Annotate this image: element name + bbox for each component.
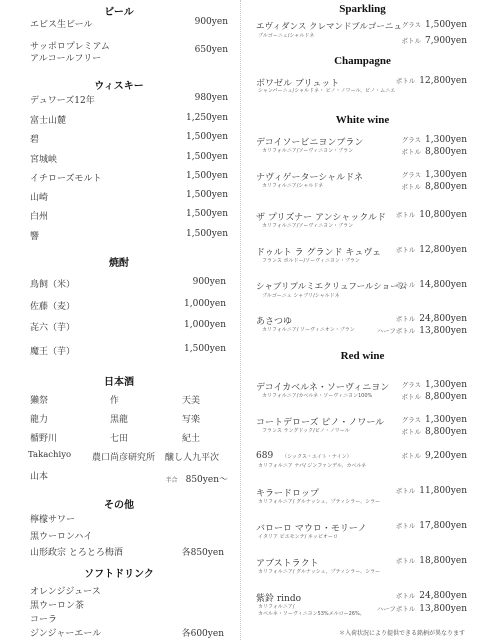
menu-item-name: コーラ — [30, 612, 57, 625]
menu-item-name: 白州 — [30, 209, 48, 222]
menu-item-price: 1,500yen — [186, 152, 228, 162]
section-title-red-wine: Red wine — [244, 350, 481, 362]
wine-origin: イタリア ピエモンテ/ ネッビオーロ — [258, 533, 338, 540]
menu-item-name: エビス生ビール — [30, 17, 92, 30]
menu-item-name: 響 — [30, 229, 39, 242]
wine-origin: ブルゴーニュ/シャルドネ — [258, 32, 314, 39]
section-title-champagne: Champagne — [244, 55, 481, 67]
wine-price-glass: グラス1,300yen — [402, 380, 467, 390]
section-title-whisky: ウィスキー — [0, 77, 238, 92]
wine-price-bottle: ボトル10,800yen — [396, 210, 467, 220]
column-divider — [240, 0, 241, 640]
menu-item-price: 1,500yen — [184, 344, 226, 354]
menu-item-name: 黒ウーロンハイ — [30, 529, 92, 542]
wine-grapes: カベルネ・ソーヴィニヨン53%メルロー26%、 — [258, 610, 365, 617]
wine-price-half-bottle: ハーフボトル13,800yen — [377, 604, 467, 614]
menu-item-name: 富士山麓 — [30, 113, 66, 126]
menu-item-price: 900yen — [195, 17, 228, 27]
menu-item-name: 碧 — [30, 132, 39, 145]
menu-item-price: 1,000yen — [184, 299, 226, 309]
menu-item-name: ジンジャーエール — [30, 626, 101, 639]
wine-origin: ブルゴーニュ シャブリ/シャルドネ — [262, 292, 340, 299]
section-title-white-wine: White wine — [244, 114, 481, 126]
sake-price-value: 850yen〜 — [186, 475, 228, 485]
wine-price-bottle: ボトル18,800yen — [396, 556, 467, 566]
sake-item: 農口尚彦研究所 — [92, 450, 155, 463]
sake-item: 写楽 — [182, 412, 200, 425]
wine-origin: カリフォルニア/ — [258, 603, 294, 610]
sake-item: Takachiyo — [28, 450, 71, 460]
sake-item: 天美 — [182, 393, 200, 406]
sake-item: 紀土 — [182, 431, 200, 444]
wine-price-bottle: ボトル11,800yen — [396, 486, 467, 496]
sake-item: 醸し人九平次 — [165, 450, 219, 463]
wine-price-bottle: ボトル8,800yen — [402, 182, 467, 192]
menu-item-name: 宮城峡 — [30, 152, 57, 165]
menu-item-price: 650yen — [195, 45, 228, 55]
menu-item-price: 1,000yen — [184, 320, 226, 330]
wine-price-bottle: ボトル9,200yen — [402, 451, 467, 461]
menu-item-name: 佐藤（麦） — [30, 299, 75, 312]
menu-item-name: デュワーズ12年 — [30, 93, 95, 106]
sake-item: 作 — [110, 393, 119, 406]
wine-origin: カリフォルニア/ ソーヴィニオン・ブラン — [262, 326, 355, 333]
wine-price-bottle: ボトル17,800yen — [396, 521, 467, 531]
wine-price-glass: グラス1,300yen — [402, 170, 467, 180]
menu-item-price: 1,500yen — [186, 190, 228, 200]
menu-item-price: 1,250yen — [186, 113, 228, 123]
sake-item: 獺祭 — [30, 393, 48, 406]
wine-price-bottle: ボトル8,800yen — [402, 392, 467, 402]
wine-price-glass: グラス1,300yen — [402, 415, 467, 425]
section-title-soft-drinks: ソフトドリンク — [0, 565, 238, 580]
sake-price: 半合 850yen〜 — [166, 467, 229, 486]
menu-item-name: オレンジジュース — [30, 584, 101, 597]
section-title-sparkling: Sparkling — [244, 3, 481, 15]
wine-price-bottle: ボトル14,800yen — [396, 280, 467, 290]
wine-origin: フランス ボルドー/ソーヴィニヨン・ブラン — [262, 257, 360, 264]
menu-item-name: イチローズモルト — [30, 171, 102, 184]
menu-item-name: 山崎 — [30, 190, 48, 203]
sake-item: 山本 — [30, 469, 48, 482]
section-title-sake: 日本酒 — [0, 373, 238, 388]
wine-origin: カリフォルニア/カベルネ・ソーヴィニヨン100% — [262, 392, 372, 399]
wine-origin: カリフォルニア/ グルナッシュ、プティシラー、シラー — [258, 498, 380, 505]
sake-item: 黒龍 — [110, 412, 128, 425]
menu-item-price: 980yen — [195, 93, 228, 103]
menu-item-name: 山形政宗 とろとろ梅酒 — [30, 545, 123, 558]
menu-item-price: 1,500yen — [186, 132, 228, 142]
wine-origin: カリフォルニア/ソーヴィニヨン・ブラン — [262, 147, 353, 154]
availability-footnote: ＊入荷状況により提供できる銘柄が異なります — [339, 628, 465, 637]
sake-item: 楯野川 — [30, 431, 57, 444]
section-title-others: その他 — [0, 496, 238, 511]
wine-origin: カリフォルニア/ソーヴィニヨン・ブラン — [262, 222, 353, 229]
wine-price-glass: グラス1,500yen — [402, 20, 467, 30]
wine-origin: カリフォルニア/ グルナッシュ、プティシラー、シラー — [258, 568, 380, 575]
wine-price-bottle: ボトル8,800yen — [402, 427, 467, 437]
menu-item-price: 1,500yen — [186, 229, 228, 239]
wine-price-bottle: ボトル12,800yen — [396, 245, 467, 255]
menu-item-name: 檸檬サワー — [30, 512, 75, 525]
menu-item-name: 黒ウーロン茶 — [30, 598, 84, 611]
wine-name: エヴィダンス クレマンドブルゴーニュ — [256, 20, 402, 32]
section-title-beer: ビール — [0, 3, 238, 18]
menu-item-name: 㐂六（芋） — [30, 320, 75, 333]
wine-price-glass: グラス1,300yen — [402, 135, 467, 145]
wine-name: シャブリプルミエクリュフールショーム — [256, 280, 407, 292]
wine-price-bottle: ボトル12,800yen — [396, 76, 467, 86]
wine-name: 689 （シックス・エイト・ナイン） — [256, 451, 352, 461]
wine-price-bottle: ボトル24,800yen — [396, 591, 467, 601]
wine-price-bottle: ボトル7,900yen — [402, 36, 467, 46]
menu-item-price: 各600yen — [182, 626, 224, 639]
menu-item-price: 各850yen — [182, 545, 224, 558]
sake-item: 七田 — [110, 431, 128, 444]
menu-item-price: 1,500yen — [186, 171, 228, 181]
menu-item-name: 魔王（芋） — [30, 344, 75, 357]
section-title-shochu: 焼酎 — [0, 254, 238, 269]
sake-price-unit: 半合 — [166, 477, 178, 484]
wine-price-bottle: ボトル8,800yen — [402, 147, 467, 157]
menu-item-name: アルコールフリー — [30, 51, 101, 64]
menu-item-name: 鳥飼（米） — [30, 277, 75, 290]
menu-item-price: 900yen — [193, 277, 226, 287]
wine-origin: カリフォルニア ナパ/ ジンファンデル、カベルネ — [258, 462, 366, 469]
wine-origin: カリフォルニア/シャルドネ — [262, 182, 323, 189]
wine-price-half-bottle: ハーフボトル13,800yen — [377, 326, 467, 336]
menu-item-price: 1,500yen — [186, 209, 228, 219]
wine-price-bottle: ボトル24,800yen — [396, 314, 467, 324]
wine-origin: シャンパーニュ/シャルドネ・ ピノ・ノワール、ピノ・ムニエ — [258, 87, 395, 94]
wine-origin: フランス ラングドック/ピノ・ノワール — [262, 427, 350, 434]
sake-item: 龍力 — [30, 412, 48, 425]
